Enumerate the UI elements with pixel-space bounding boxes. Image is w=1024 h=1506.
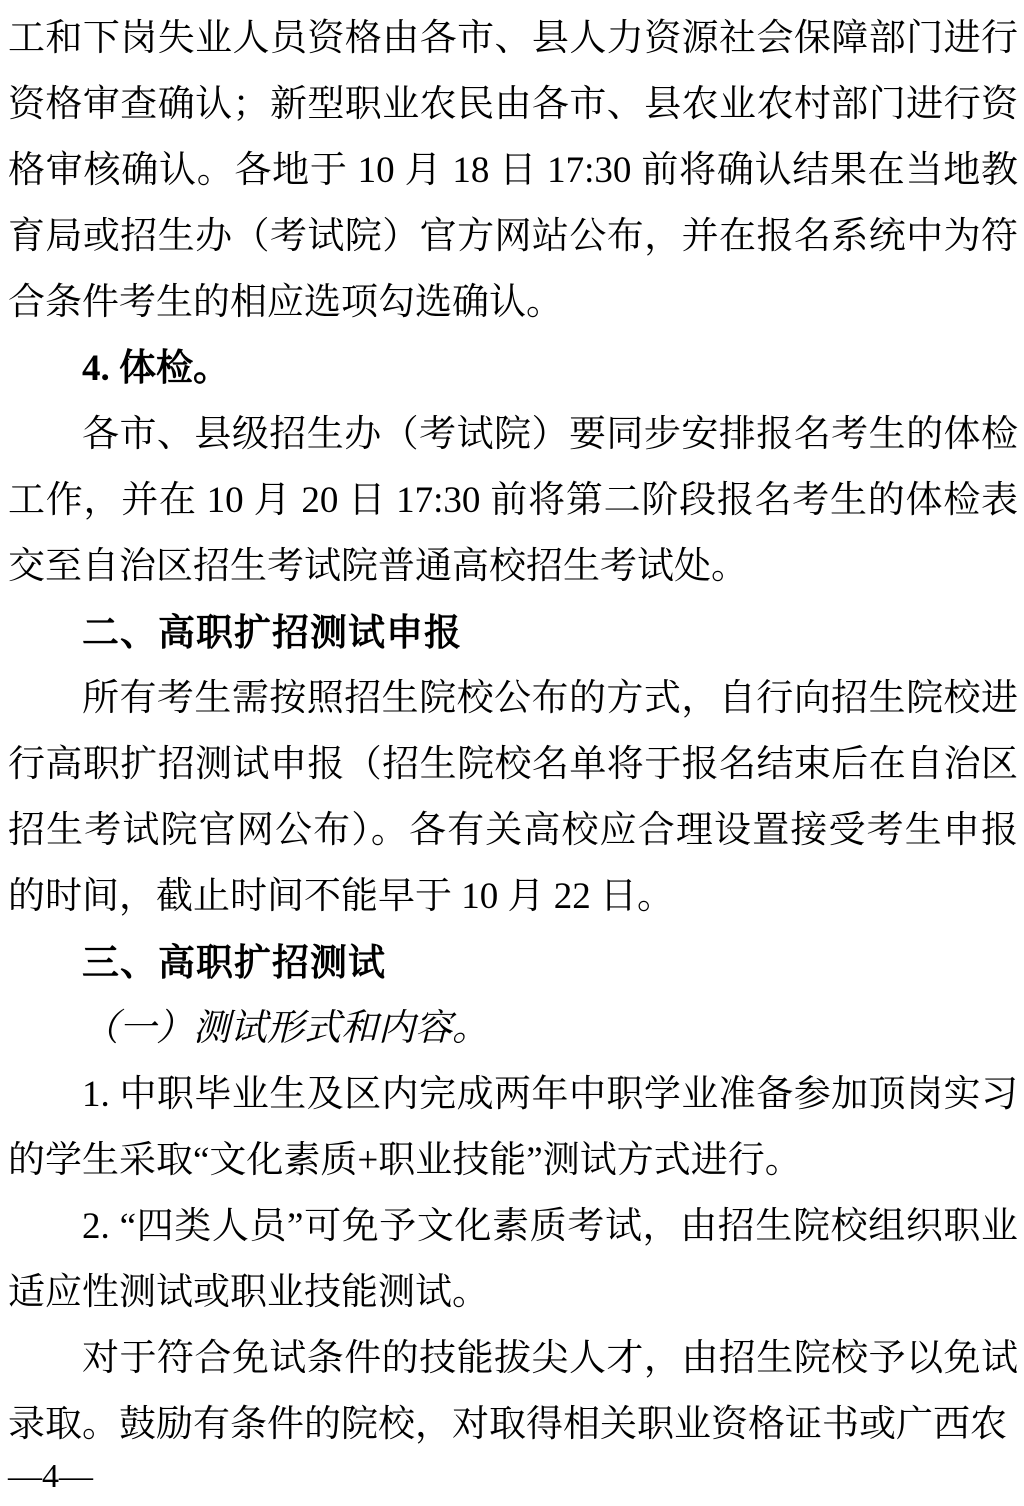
paragraph-physical-exam: 各市、县级招生办（考试院）要同步安排报名考生的体检工作，并在 10 月 20 日… — [8, 402, 1018, 600]
document-body: 工和下岗失业人员资格由各市、县人力资源社会保障部门进行资格审查确认；新型职业农民… — [8, 6, 1018, 1458]
heading-test-format-content: （一）测试形式和内容。 — [8, 996, 1018, 1062]
page-number: —4— — [8, 1458, 93, 1495]
paragraph-item-2-four-categories: 2. “四类人员”可免予文化素质考试，由招生院校组织职业适应性测试或职业技能测试… — [8, 1194, 1018, 1326]
heading-section-3-test: 三、高职扩招测试 — [8, 930, 1018, 996]
paragraph-item-1-secondary-vocational: 1. 中职毕业生及区内完成两年中职学业准备参加顶岗实习的学生采取“文化素质+职业… — [8, 1062, 1018, 1194]
heading-physical-exam: 4. 体检。 — [8, 336, 1018, 402]
page-footer: —4— — [8, 1460, 93, 1494]
heading-section-2-test-application: 二、高职扩招测试申报 — [8, 600, 1018, 666]
document-page: 工和下岗失业人员资格由各市、县人力资源社会保障部门进行资格审查确认；新型职业农民… — [0, 0, 1024, 1506]
paragraph-qualification-confirmation: 工和下岗失业人员资格由各市、县人力资源社会保障部门进行资格审查确认；新型职业农民… — [8, 6, 1018, 336]
paragraph-test-application: 所有考生需按照招生院校公布的方式，自行向招生院校进行高职扩招测试申报（招生院校名… — [8, 666, 1018, 930]
paragraph-exemption-admission: 对于符合免试条件的技能拔尖人才，由招生院校予以免试录取。鼓励有条件的院校，对取得… — [8, 1326, 1018, 1458]
